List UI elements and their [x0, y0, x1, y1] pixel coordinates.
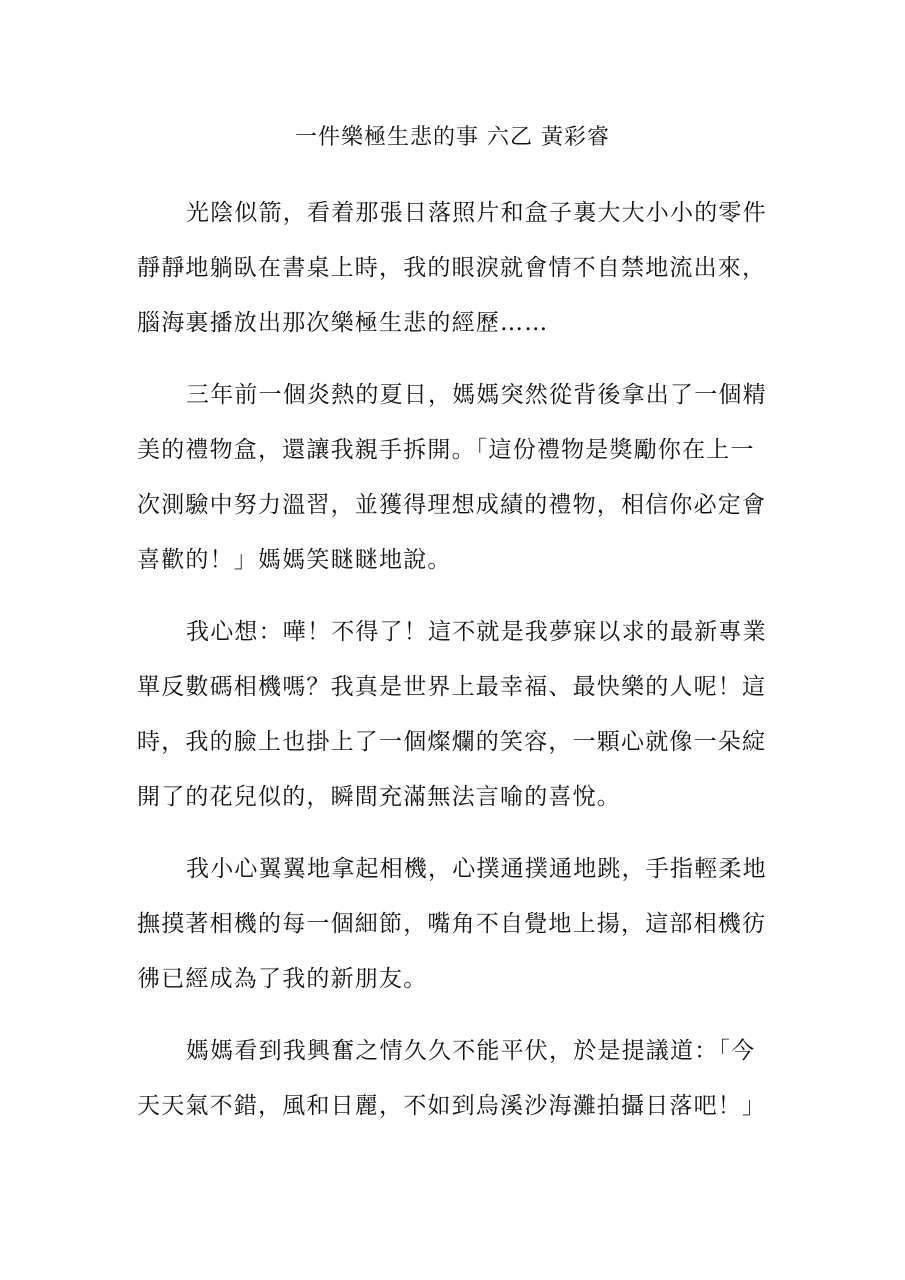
paragraph-4: 我小心翼翼地拿起相機，心撲通撲通地跳，手指輕柔地 撫摸著相機的每一個細節，嘴角不…	[137, 854, 777, 1019]
essay-title: 一件樂極生悲的事 六乙 黃彩睿	[0, 124, 905, 152]
text-line: 單反數碼相機嗎？我真是世界上最幸福、最快樂的人呢！這	[137, 672, 777, 727]
text-line: 光陰似箭，看着那張日落照片和盒子裏大大小小的零件	[137, 198, 777, 253]
text-line: 彿已經成為了我的新朋友。	[137, 964, 777, 1019]
text-line: 美的禮物盒，還讓我親手拆開。「這份禮物是獎勵你在上一	[137, 435, 777, 490]
text-line: 媽媽看到我興奮之情久久不能平伏，於是提議道：「今	[137, 1036, 777, 1091]
paragraph-5: 媽媽看到我興奮之情久久不能平伏，於是提議道：「今 天天氣不錯，風和日麗，不如到烏…	[137, 1036, 777, 1146]
paragraph-3: 我心想：嘩！不得了！這不就是我夢寐以求的最新專業 單反數碼相機嗎？我真是世界上最…	[137, 617, 777, 837]
document-page: 一件樂極生悲的事 六乙 黃彩睿 光陰似箭，看着那張日落照片和盒子裏大大小小的零件…	[0, 0, 905, 1280]
text-line: 次測驗中努力溫習，並獲得理想成績的禮物，相信你必定會	[137, 490, 777, 545]
paragraph-1: 光陰似箭，看着那張日落照片和盒子裏大大小小的零件 靜靜地躺臥在書桌上時，我的眼淚…	[137, 198, 777, 363]
text-line: 開了的花兒似的，瞬間充滿無法言喻的喜悅。	[137, 782, 777, 837]
text-line: 我心想：嘩！不得了！這不就是我夢寐以求的最新專業	[137, 617, 777, 672]
paragraph-2: 三年前一個炎熱的夏日，媽媽突然從背後拿出了一個精 美的禮物盒，還讓我親手拆開。「…	[137, 380, 777, 600]
text-line: 我小心翼翼地拿起相機，心撲通撲通地跳，手指輕柔地	[137, 854, 777, 909]
text-line: 喜歡的！」媽媽笑瞇瞇地說。	[137, 545, 777, 600]
text-line: 撫摸著相機的每一個細節，嘴角不自覺地上揚，這部相機彷	[137, 909, 777, 964]
text-line: 時，我的臉上也掛上了一個燦爛的笑容，一顆心就像一朵綻	[137, 727, 777, 782]
text-line: 腦海裏播放出那次樂極生悲的經歷……	[137, 308, 777, 363]
text-line: 三年前一個炎熱的夏日，媽媽突然從背後拿出了一個精	[137, 380, 777, 435]
text-line: 靜靜地躺臥在書桌上時，我的眼淚就會情不自禁地流出來，	[137, 253, 777, 308]
essay-body: 光陰似箭，看着那張日落照片和盒子裏大大小小的零件 靜靜地躺臥在書桌上時，我的眼淚…	[137, 198, 777, 1163]
text-line: 天天氣不錯，風和日麗，不如到烏溪沙海灘拍攝日落吧！」	[137, 1091, 777, 1146]
